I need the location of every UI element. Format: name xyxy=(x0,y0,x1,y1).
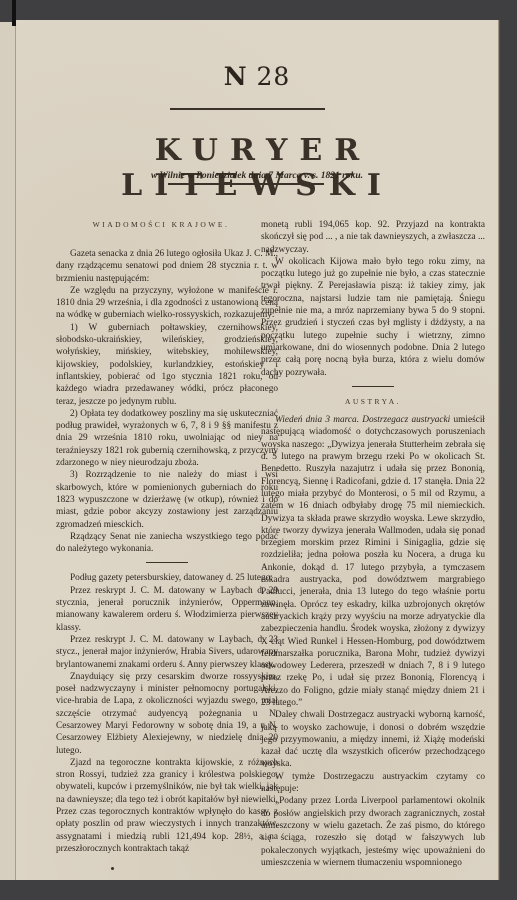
article-paragraph: 1) W guberniach połtawskiey, czernihowsk… xyxy=(56,322,278,408)
issue-number: N 28 xyxy=(16,62,498,91)
article-paragraph: Znayduiący się przy cesarskim dworze ros… xyxy=(56,671,278,757)
article-paragraph: Podług gazety petersburskiey, datowaney … xyxy=(56,572,278,584)
source-name: Dostrzegacz austryacki xyxy=(362,415,450,425)
article-paragraph: Wiedeń dnia 3 marca. Dostrzegacz austrya… xyxy=(261,414,485,709)
issue-label: N xyxy=(224,62,248,91)
article-paragraph: W okolicach Kijowa mało było tego roku z… xyxy=(261,256,485,379)
article-paragraph: Daley chwali Dostrzegacz austryacki wybo… xyxy=(261,709,485,770)
article-paragraph: 3) Rozrządzenie to nie należy do miast i… xyxy=(56,469,278,530)
section-divider xyxy=(352,386,394,387)
issue-number-value: 28 xyxy=(257,62,291,91)
previous-page-edge xyxy=(0,22,16,880)
newspaper-page: N 28 KURYER LITEWSKI w Wilnie w Poniedzi… xyxy=(16,20,499,880)
masthead-rule-bottom xyxy=(168,183,324,185)
article-text: umieścił następującą wiadomość o dotychc… xyxy=(261,415,485,708)
article-paragraph: Przez reskrypt J. C. M. datowany w Layba… xyxy=(56,585,278,634)
article-paragraph: monetą rubli 194,065 kop. 92. Przyjazd n… xyxy=(261,219,485,256)
article-paragraph: Gazeta senacka z dnia 26 lutego ogłosiła… xyxy=(56,248,278,285)
dateline-vienna: Wiedeń dnia 3 marca. xyxy=(275,415,359,425)
article-paragraph: Ze względu na przyczyny, wyłożone w mani… xyxy=(56,285,278,322)
right-column: monetą rubli 194,065 kop. 92. Przyjazd n… xyxy=(261,219,485,869)
article-paragraph: Zjazd na tegoroczne kontrakta kijowskie,… xyxy=(56,757,278,855)
ink-speck xyxy=(111,867,114,870)
section-heading-domestic-news: WIADOMOŚCI KRAJOWE. xyxy=(71,220,251,229)
article-paragraph: Przez reskrypt J. C. M. datowany w Layba… xyxy=(56,634,278,671)
section-divider xyxy=(146,562,188,563)
article-paragraph: 2) Opłata tey dodatkowey poszliny ma się… xyxy=(56,408,278,469)
newspaper-title: KURYER LITEWSKI xyxy=(16,133,498,203)
masthead-rule-top xyxy=(170,108,325,110)
section-heading-austria: AUSTRYA. xyxy=(261,396,485,408)
dateline: w Wilnie w Poniedziałek dnia 7 Marca v. … xyxy=(16,171,498,181)
left-column: Gazeta senacka z dnia 26 lutego ogłosiła… xyxy=(56,248,278,855)
article-paragraph: „Podany przez Lorda Liverpool parlamento… xyxy=(261,795,485,869)
article-paragraph: Rządzący Senat nie zaniecha wszystkiego … xyxy=(56,531,278,556)
article-paragraph: W tymże Dostrzegaczu austryackim czytamy… xyxy=(261,771,485,796)
